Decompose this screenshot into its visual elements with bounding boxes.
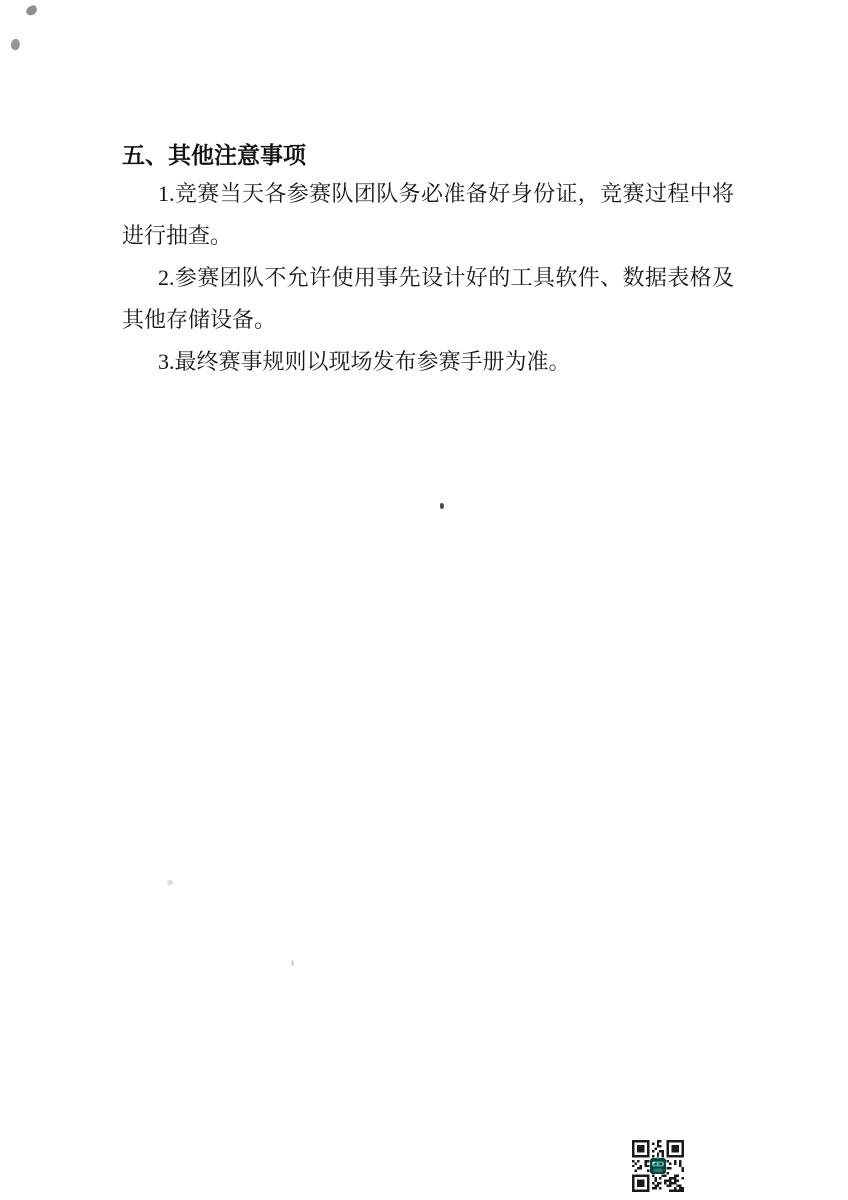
paragraph-list: 1.竞赛当天各参赛队团队务必准备好身份证，竞赛过程中将进行抽查。2.参赛团队不允… <box>122 173 734 383</box>
text-line: 其他存储设备。 <box>122 299 734 341</box>
document-body: 五、其他注意事项 1.竞赛当天各参赛队团队务必准备好身份证，竞赛过程中将进行抽查… <box>122 139 734 383</box>
document-page: 五、其他注意事项 1.竞赛当天各参赛队团队务必准备好身份证，竞赛过程中将进行抽查… <box>0 0 848 1200</box>
paragraph: 1.竞赛当天各参赛队团队务必准备好身份证，竞赛过程中将进行抽查。 <box>122 173 734 257</box>
scan-speck <box>9 38 22 52</box>
paragraph: 2.参赛团队不允许使用事先设计好的工具软件、数据表格及其他存储设备。 <box>122 257 734 341</box>
scan-speck <box>167 880 173 885</box>
qr-code-graphic <box>632 1140 684 1192</box>
qr-center-logo <box>650 1156 666 1174</box>
section-heading: 五、其他注意事项 <box>122 139 734 173</box>
text-line: 进行抽查。 <box>122 215 734 257</box>
text-line: 2.参赛团队不允许使用事先设计好的工具软件、数据表格及 <box>122 257 734 299</box>
paragraph: 3.最终赛事规则以现场发布参赛手册为准。 <box>122 341 734 383</box>
scan-speck <box>440 503 444 509</box>
text-line: 3.最终赛事规则以现场发布参赛手册为准。 <box>122 341 734 383</box>
qr-code-image <box>632 1140 684 1192</box>
scan-speck <box>291 960 294 966</box>
scan-speck <box>25 5 38 17</box>
text-line: 1.竞赛当天各参赛队团队务必准备好身份证，竞赛过程中将 <box>122 173 734 215</box>
